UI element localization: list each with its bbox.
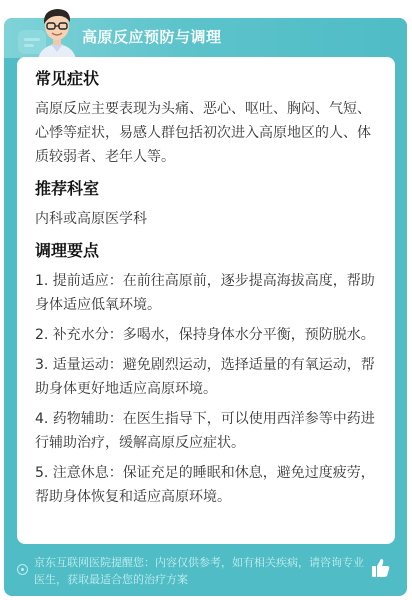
section-title-department: 推荐科室 (35, 177, 377, 201)
list-item: 1. 提前适应：在前往高原前，逐步提高海拔高度，帮助身体适应低氧环境。 (35, 269, 377, 317)
card-title: 高原反应预防与调理 (82, 26, 222, 47)
list-item: 2. 补充水分：多喝水，保持身体水分平衡，预防脱水。 (35, 323, 377, 347)
list-item: 3. 适量运动：避免剧烈运动，选择适量的有氧运动，帮助身体更好地适应高原环境。 (35, 353, 377, 401)
symptoms-text: 高原反应主要表现为头痛、恶心、呕吐、胸闷、气短、心悸等症状，易感人群包括初次进入… (35, 97, 377, 169)
thumbs-up-icon[interactable] (372, 558, 390, 578)
doctor-avatar-icon (34, 4, 80, 60)
care-tips-list: 1. 提前适应：在前往高原前，逐步提高海拔高度，帮助身体适应低氧环境。 2. 补… (35, 269, 377, 509)
footer-disclaimer: 京东互联网医院提醒您：内容仅供参考，如有相关疾病，请咨询专业医生，获取最适合您的… (34, 554, 374, 588)
content-panel: 常见症状 高原反应主要表现为头痛、恶心、呕吐、胸闷、气短、心悸等症状，易感人群包… (17, 57, 395, 544)
list-item: 4. 药物辅助：在医生指导下，可以使用西洋参等中药进行辅助治疗，缓解高原反应症状… (35, 407, 377, 455)
section-title-symptoms: 常见症状 (35, 67, 377, 91)
health-card: 高原反应预防与调理 常见症状 高原反应主要表现为头痛、恶心、呕吐、胸闷、气短、心… (4, 18, 407, 596)
section-title-care-tips: 调理要点 (35, 239, 377, 263)
info-icon (17, 564, 28, 575)
list-item: 5. 注意休息：保证充足的睡眠和休息，避免过度疲劳，帮助身体恢复和适应高原环境。 (35, 461, 377, 509)
department-text: 内科或高原医学科 (35, 207, 377, 231)
